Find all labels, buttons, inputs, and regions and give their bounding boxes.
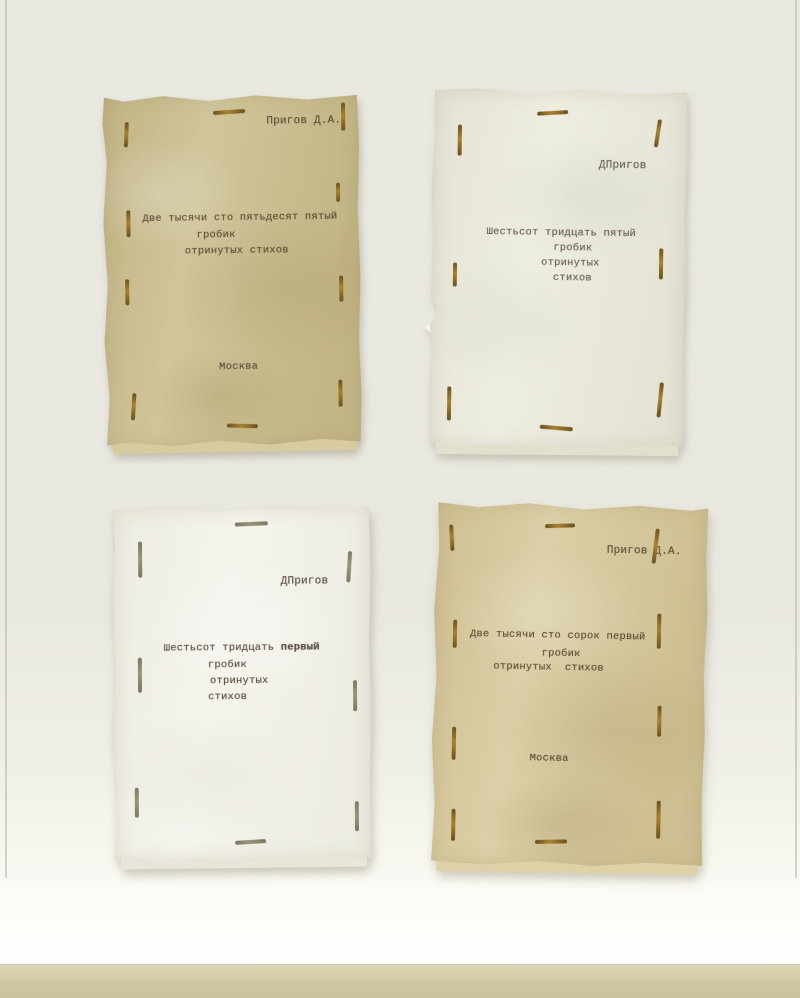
booklet-cover: ДПригов Шестьсот тридцать первый гробик … [111, 505, 373, 863]
staple [657, 706, 662, 737]
staple [235, 521, 268, 526]
staple [339, 276, 343, 302]
staple [336, 183, 340, 202]
mat-edge-right [795, 0, 797, 878]
staple [355, 801, 359, 831]
staple [124, 122, 129, 147]
shelf-edge [0, 965, 800, 998]
coffin-booklet-bottom-left: ДПригов Шестьсот тридцать первый гробик … [111, 505, 373, 863]
staple [135, 788, 139, 818]
staple [138, 542, 142, 578]
light-reflection-band [0, 870, 800, 965]
title-line: отринутых стихов [493, 661, 604, 675]
title-line: гробик [208, 659, 247, 671]
title-line: Шестьсот тридцать пятый [486, 226, 636, 240]
coffin-booklet-top-right: ДПригов Шестьсот тридцать пятый гробик о… [427, 87, 689, 451]
title-line: Две тысячи сто пятьдесят пятый [142, 211, 337, 225]
staple [125, 279, 129, 305]
title-line: стихов [553, 272, 592, 285]
staple [537, 110, 568, 116]
staple [353, 680, 357, 711]
title-line-start: Шестьсот тридцать [164, 642, 281, 655]
staple [657, 614, 662, 649]
staple [545, 523, 575, 528]
staple [449, 525, 454, 551]
staple [126, 210, 130, 237]
mat-edge-left [5, 0, 7, 878]
staple [235, 839, 266, 845]
author-label: ДПригов [281, 575, 329, 587]
booklet-cover: ДПригов Шестьсот тридцать пятый гробик о… [427, 87, 689, 451]
artwork-photo: Пригов Д.А. Две тысячи сто пятьдесят пят… [0, 0, 800, 998]
staple [535, 839, 567, 844]
booklet-cover: Пригов Д.А. Две тысячи сто сорок первый … [429, 500, 711, 869]
staple [451, 809, 456, 841]
title-line: гробик [553, 242, 592, 255]
staple [213, 109, 245, 115]
staple [654, 119, 662, 147]
booklet-cover: Пригов Д.А. Две тысячи сто пятьдесят пят… [101, 92, 363, 447]
author-label: Пригов Д.А. [607, 545, 682, 558]
place-label: Москва [529, 752, 568, 765]
staple [540, 425, 573, 432]
title-line: Шестьсот тридцать первый [164, 641, 320, 654]
staple [341, 103, 345, 131]
title-line: отринутых [541, 257, 600, 270]
staple [453, 263, 457, 287]
staple [227, 424, 258, 429]
staple [458, 125, 462, 156]
title-line: стихов [208, 691, 247, 703]
staple [138, 658, 142, 693]
staple [659, 248, 663, 279]
staple [452, 727, 457, 760]
staple [338, 380, 342, 407]
author-label: ДПригов [599, 160, 647, 173]
title-line: Две тысячи сто сорок первый [470, 628, 646, 643]
title-line: отринутых [210, 675, 269, 687]
title-line-emphasis: первый [281, 641, 320, 653]
title-line: гробик [197, 229, 236, 241]
staple [131, 393, 137, 420]
staple [447, 386, 451, 420]
staple [656, 382, 664, 417]
coffin-booklet-bottom-right: Пригов Д.А. Две тысячи сто сорок первый … [429, 500, 711, 869]
author-label: Пригов Д.А. [266, 115, 341, 128]
coffin-booklet-top-left: Пригов Д.А. Две тысячи сто пятьдесят пят… [101, 92, 363, 447]
title-line: отринутых стихов [185, 244, 289, 257]
place-label: Москва [219, 361, 258, 373]
title-line: гробик [541, 647, 580, 660]
staple [656, 801, 661, 839]
staple [346, 551, 352, 582]
staple [453, 620, 458, 648]
